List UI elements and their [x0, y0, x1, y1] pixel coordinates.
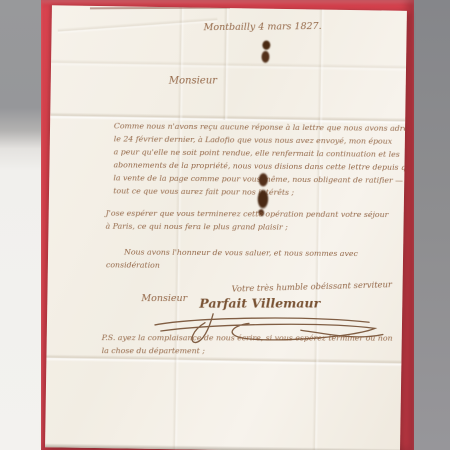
body-line: considération [106, 258, 358, 273]
backdrop-right [414, 0, 450, 450]
letter-photograph: Montbailly 4 mars 1827. Monsieur Comme n… [0, 0, 450, 450]
closing-line: Votre très humble obéissant serviteur [231, 279, 392, 293]
paper-edge-mark [90, 7, 230, 10]
ink-blot-icon [259, 39, 273, 65]
backdrop-left [0, 0, 41, 450]
body-paragraph-3: Nous avons l'honneur de vous saluer, et … [124, 245, 358, 273]
dateline: Montbailly 4 mars 1827. [204, 21, 322, 33]
postscript: P.S. ayez la complaisance de nous écrire… [102, 331, 393, 358]
letter-paper: Montbailly 4 mars 1827. Monsieur Comme n… [45, 5, 407, 450]
fold-crease [58, 17, 218, 34]
body-line: à Paris, ce qui nous fera le plus grand … [106, 220, 389, 234]
salutation: Monsieur [169, 75, 217, 86]
postscript-line: la chose du département ; [102, 344, 393, 358]
body-paragraph-2: J'ose espérer que vous terminerez cette … [106, 207, 389, 234]
postscript-line: P.S. ayez la complaisance de nous écrire… [102, 331, 393, 345]
